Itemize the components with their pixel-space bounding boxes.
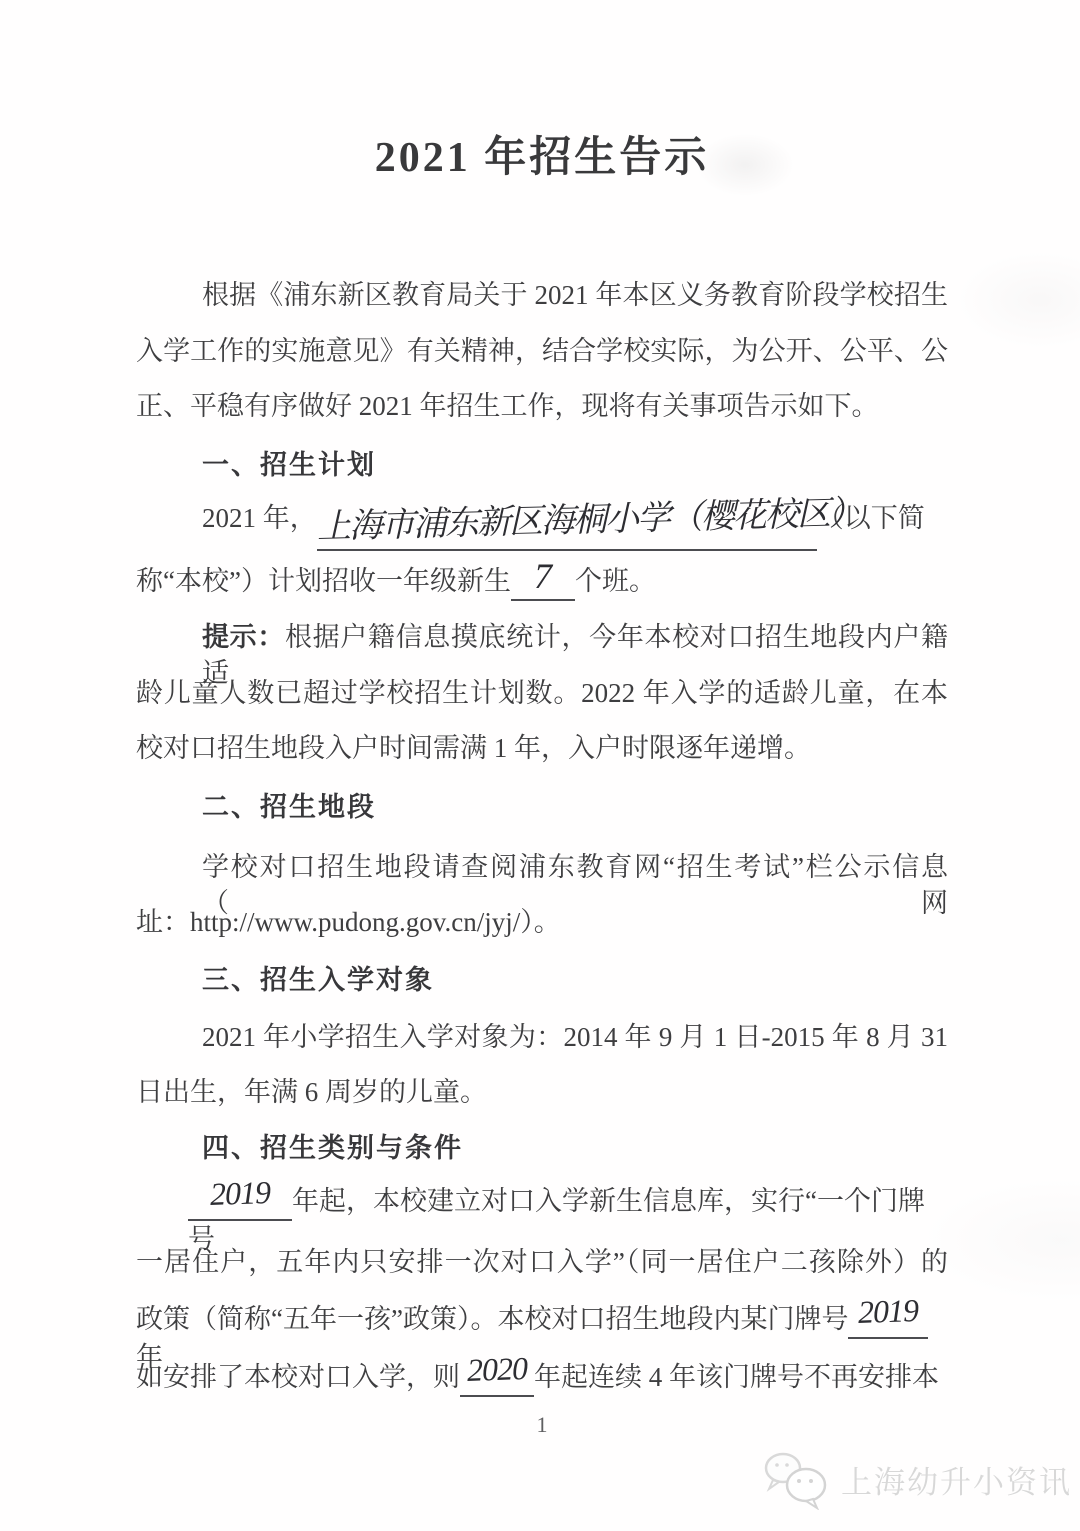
target-line-2: 日出生，年满 6 周岁的儿童。: [136, 1074, 948, 1110]
class-count-blank: 7: [511, 560, 575, 601]
watermark-text: 上海幼升小资讯: [841, 1457, 1072, 1502]
tip-line-3: 校对口招生地段入户时间需满 1 年，入户时限逐年递增。: [136, 730, 948, 766]
year-start-blank: 2019: [188, 1181, 292, 1221]
policy-text: 年起连续 4 年该门牌号不再安排本: [534, 1362, 939, 1392]
tip-label: 提示：: [202, 622, 285, 652]
section-heading-4: 四、招生类别与条件: [136, 1130, 948, 1166]
intro-text: 正、平稳有序做好 2021 年招生工作，现将有关事项告示如下。: [136, 391, 879, 421]
document-page: 2021 年招生告示 根据《浦东新区教育局关于 2021 年本区义务教育阶段学校…: [0, 0, 1080, 1531]
target-text: 2021 年小学招生入学对象为：2014 年 9 月 1 日-2015 年 8 …: [202, 1022, 948, 1052]
school-name-handwriting: 上海市浦东新区海桐小学（樱花校区）: [316, 491, 861, 551]
year-start-handwriting: 2019: [209, 1174, 270, 1212]
tip-text: 龄儿童人数已超过学校招生计划数。2022 年入学的适龄儿童，在本: [136, 678, 948, 708]
year-next-handwriting: 2020: [466, 1350, 527, 1388]
intro-text: 根据《浦东新区教育局关于 2021 年本区义务教育阶段学校招生: [202, 280, 948, 310]
policy-text: 如安排了本校对口入学，则: [136, 1362, 460, 1392]
class-count-handwriting: 7: [534, 558, 552, 594]
intro-text: 入学工作的实施意见》有关精神，结合学校实际，为公开、公平、公: [136, 336, 948, 366]
plan-line2-suffix: 个班。: [575, 566, 656, 596]
policy-text: 政策（简称“五年一孩”政策）。本校对口招生地段内某门牌号: [136, 1304, 848, 1334]
plan-line2-prefix: 称“本校”）计划招收一年级新生: [136, 566, 511, 596]
intro-line-1: 根据《浦东新区教育局关于 2021 年本区义务教育阶段学校招生: [136, 277, 948, 313]
plan-line-prefix: 2021 年，: [202, 503, 317, 533]
district-url-text: 址：http://www.pudong.gov.cn/jyj/）。: [136, 907, 561, 937]
tip-line-2: 龄儿童人数已超过学校招生计划数。2022 年入学的适龄儿童，在本: [136, 675, 948, 711]
intro-line-3: 正、平稳有序做好 2021 年招生工作，现将有关事项告示如下。: [136, 388, 948, 424]
target-line-1: 2021 年小学招生入学对象为：2014 年 9 月 1 日-2015 年 8 …: [136, 1019, 948, 1055]
plan-line-2: 称“本校”）计划招收一年级新生7个班。: [136, 560, 948, 601]
wechat-chat-bubbles-icon: [759, 1448, 833, 1510]
page-number: 1: [136, 1412, 948, 1438]
year-next-blank: 2020: [460, 1357, 534, 1397]
section-heading-2: 二、招生地段: [136, 789, 948, 825]
district-line-2: 址：http://www.pudong.gov.cn/jyj/）。: [136, 904, 948, 940]
school-name-blank: 上海市浦东新区海桐小学（樱花校区）: [317, 502, 817, 551]
target-text: 日出生，年满 6 周岁的儿童。: [136, 1077, 487, 1107]
plan-line-1: 2021 年，上海市浦东新区海桐小学（樱花校区）（以下简: [136, 495, 948, 551]
year-assigned-handwriting: 2019: [858, 1292, 919, 1330]
policy-line-2: 一居住户，五年内只安排一次对口入学”（同一居住户二孩除外）的: [136, 1244, 948, 1280]
watermark: 上海幼升小资讯: [759, 1448, 1072, 1510]
section-heading-3: 三、招生入学对象: [136, 962, 948, 998]
section-heading-1: 一、招生计划: [136, 447, 948, 483]
page-title: 2021 年招生告示: [136, 124, 948, 184]
intro-line-2: 入学工作的实施意见》有关精神，结合学校实际，为公开、公平、公: [136, 333, 948, 369]
policy-text: 一居住户，五年内只安排一次对口入学”（同一居住户二孩除外）的: [136, 1247, 948, 1277]
year-assigned-blank: 2019: [848, 1299, 928, 1339]
policy-line-4: 如安排了本校对口入学，则2020年起连续 4 年该门牌号不再安排本: [136, 1357, 948, 1397]
tip-text: 校对口招生地段入户时间需满 1 年，入户时限逐年递增。: [136, 733, 811, 763]
